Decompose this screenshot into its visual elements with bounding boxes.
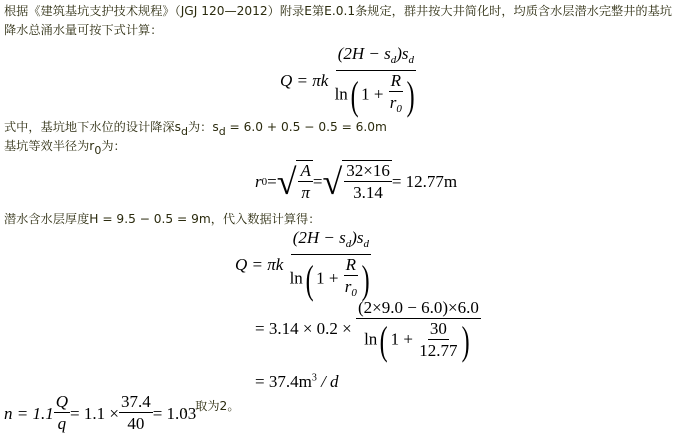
formula-total-inflow: Q = πk (2H − sd)sd ln(1 + Rr0) <box>280 44 419 120</box>
paragraph-intro-line1: 根据《建筑基坑支护技术规程》（JGJ 120—2012）附录E第E.0.1条规定… <box>4 3 672 19</box>
formula-calc-step2: = 3.14 × 0.2 × (2×9.0 − 6.0)×6.0 ln(1 + … <box>255 298 481 362</box>
paragraph-aquifer-thickness: 潜水含水层厚度H = 9.5 − 0.5 = 9m，代入数据计算得： <box>4 211 320 227</box>
formula-calc-result: = 37.4m3 / d <box>255 372 339 392</box>
formula-equivalent-radius: r0 = √Aπ = √32×163.14 = 12.77m <box>255 160 457 204</box>
formula-calc-step1: Q = πk (2H − sd)sd ln(1 + Rr0) <box>235 228 374 304</box>
well-count-conclusion: ，取为2。 <box>183 398 240 414</box>
paragraph-radius: 基坑等效半径为r0为： <box>4 138 126 159</box>
paragraph-drawdown: 式中，基坑地下水位的设计降深sd为：sd = 6.0 + 0.5 − 0.5 =… <box>4 119 387 140</box>
formula-well-count: n = 1.1 Qq = 1.1 × 37.440 = 1.03 <box>4 392 196 435</box>
paragraph-intro-line2: 降水总涌水量可按下式计算： <box>4 22 162 38</box>
formula-lhs: Q = πk <box>280 71 328 90</box>
